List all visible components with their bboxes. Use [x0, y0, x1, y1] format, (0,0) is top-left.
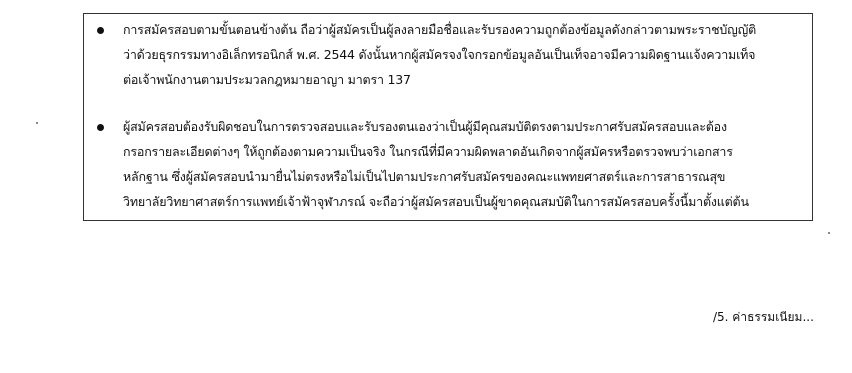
- notice-line: การสมัครสอบตามขั้นตอนข้างต้น ถือว่าผู้สม…: [123, 22, 756, 38]
- notice-line: หลักฐาน ซึ่งผู้สมัครสอบนำมายื่นไม่ตรงหรื…: [123, 169, 725, 185]
- notice-line: ว่าด้วยธุรกรรมทางอิเล็กทรอนิกส์ พ.ศ. 254…: [123, 47, 755, 63]
- notice-box: การสมัครสอบตามขั้นตอนข้างต้น ถือว่าผู้สม…: [83, 13, 813, 221]
- bullet-dot-icon: [97, 124, 104, 131]
- notice-line: กรอกรายละเอียดต่างๆ ให้ถูกต้องตามความเป็…: [123, 144, 733, 160]
- page-continuation: /5. ค่าธรรมเนียม...: [713, 308, 814, 327]
- notice-line: ต่อเจ้าพนักงานตามประมวลกฎหมายอาญา มาตรา …: [123, 72, 411, 88]
- scan-speck: [828, 232, 830, 234]
- notice-line: ผู้สมัครสอบต้องรับผิดชอบในการตรวจสอบและร…: [123, 119, 727, 135]
- bullet-dot-icon: [97, 27, 104, 34]
- notice-line: วิทยาลัยวิทยาศาสตร์การแพทย์เจ้าฟ้าจุฬาภร…: [123, 194, 749, 210]
- scan-speck: [36, 122, 38, 124]
